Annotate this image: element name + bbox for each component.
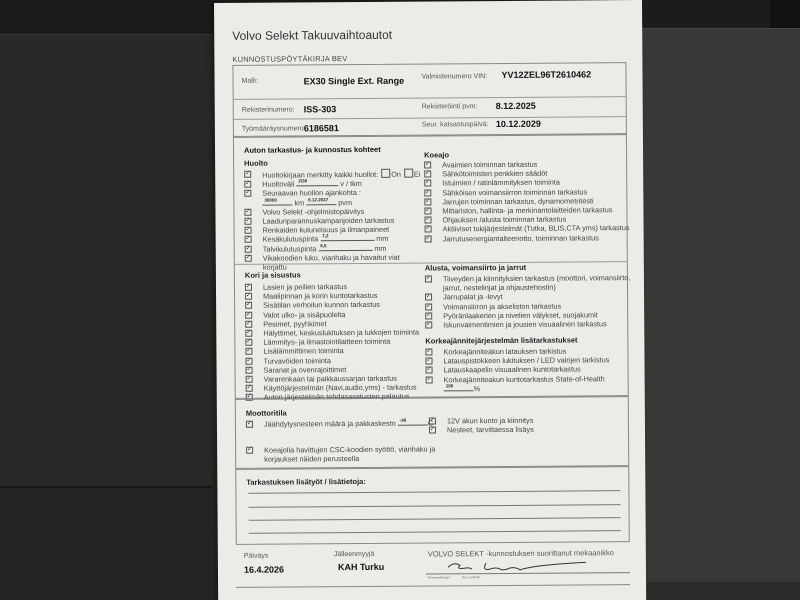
checkbox-checked[interactable]: ✓ [424,198,431,205]
checkbox-checked[interactable]: ✓ [424,171,431,178]
checkbox-checked[interactable]: ✓ [244,181,251,188]
checkbox-checked[interactable]: ✓ [425,226,432,233]
seat-background-left [0,34,212,487]
next-service-date-field[interactable]: 8.12.2027 [306,198,336,205]
checkbox-checked[interactable]: ✓ [424,189,431,196]
checkbox-checked[interactable]: ✓ [245,245,252,252]
notes-line[interactable] [249,504,621,508]
winter-tread-field[interactable]: 8,5 [318,244,372,251]
checkbox-checked[interactable]: ✓ [424,161,431,168]
checkbox-checked[interactable]: ✓ [425,312,432,319]
checkbox-checked[interactable]: ✓ [245,311,252,318]
work-order-value: 6186581 [304,123,339,133]
checkbox-checked[interactable]: ✓ [246,376,253,383]
checkbox-checked[interactable]: ✓ [425,358,432,365]
next-service-km-field[interactable]: 30000 [262,198,292,205]
interval-field[interactable]: 2/30 [296,179,338,186]
checkbox-checked[interactable]: ✓ [245,348,252,355]
checkbox-checked[interactable]: ✓ [425,294,432,301]
mechanic-name: Tero Lehtinen [462,575,480,579]
checkbox-checked[interactable]: ✓ [426,367,433,374]
koeajo-list: ✓Avaimien toiminnan tarkastus ✓Sähkötoim… [424,159,630,243]
seat-cushion-right [640,582,800,600]
alusta-title: Alusta, voimansiirto ja jarrut [425,263,526,273]
engine-bay-list-right: ✓12V akun kunto ja kiinnitys ✓Nesteet, t… [429,416,534,435]
checkbox-checked[interactable]: ✓ [424,217,431,224]
notes-line[interactable] [248,490,620,494]
list-item: ✓Tiiveyden ja kiinnityksien tarkastus (m… [425,273,643,293]
engine-bay-list-left: ✓Jäähdytysnesteen määrä ja pakkaskesto -… [246,418,433,429]
notes-line[interactable] [249,517,621,521]
signature-footer: Päiväys 16.4.2026 Jälleenmyyjä KAH Turku… [236,542,630,588]
date-label: Päiväys [244,553,269,560]
koeajo-title: Koeajo [424,150,449,159]
checkbox-checked[interactable]: ✓ [425,348,432,355]
notes-title: Tarkastuksen lisätyöt / lisätietoja: [246,477,366,487]
registration-value: ISS-303 [304,104,337,114]
huolto-list: ✓Huoltokirjaan merkitty kaikki huollot:O… [244,169,425,272]
checkbox-on[interactable] [381,169,390,178]
checkbox-checked[interactable]: ✓ [244,190,251,197]
checkbox-checked[interactable]: ✓ [244,171,251,178]
engine-bay-box: Moottoritila ✓Jäähdytysnesteen määrä ja … [235,396,629,469]
checkbox-checked[interactable]: ✓ [244,209,251,216]
seat-background-right [640,28,800,589]
alusta-list: ✓Tiiveyden ja kiinnityksien tarkastus (m… [425,273,643,330]
summer-tread-field[interactable]: 7,2 [320,234,374,241]
next-inspection-value: 10.12.2029 [496,119,541,129]
checkbox-ei[interactable] [404,169,413,178]
inspection-title: Auton tarkastus- ja kunnostus kohteet [244,145,381,155]
checkbox-checked[interactable]: ✓ [245,236,252,243]
checkbox-checked[interactable]: ✓ [245,339,252,346]
model-value: EX30 Single Ext. Range [304,76,405,87]
vin-value: YV12ZEL96T2610462 [501,69,591,80]
document-subtitle: KUNNOSTUSPÖYTÄKIRJA BEV [232,54,347,64]
list-item: ✓Iskunvaimentimien ja jousien visuaaline… [425,319,643,330]
registration-date-value: 8.12.2025 [496,101,536,111]
list-item: ✓Jarrutusenergiantalteenotto, toiminnan … [425,233,630,244]
checkbox-checked[interactable]: ✓ [246,421,253,428]
model-label: Malli: [242,78,258,85]
engine-bay-title: Moottoritila [246,409,287,418]
checkbox-checked[interactable]: ✓ [426,376,433,383]
registration-row: Rekisterinumero: ISS-303 Rekisteröinti p… [234,97,626,120]
checkbox-checked[interactable]: ✓ [425,235,432,242]
high-voltage-title: Korkeajännitejärjestelmän lisätarkastuks… [425,335,577,345]
notes-line[interactable] [249,530,621,534]
dealer-label: Jälleenmyyjä [334,551,375,558]
checkbox-checked[interactable]: ✓ [246,367,253,374]
checkbox-checked[interactable]: ✓ [429,417,436,424]
soh-row: 100% [426,383,610,393]
checkbox-checked[interactable]: ✓ [245,227,252,234]
huolto-title: Huolto [244,159,268,168]
dealer-value: KAH Turku [338,562,384,572]
checkbox-checked[interactable]: ✓ [425,275,432,282]
checkbox-checked[interactable]: ✓ [245,218,252,225]
checkbox-checked[interactable]: ✓ [245,357,252,364]
vehicle-info-box: Malli: EX30 Single Ext. Range Valmistenu… [232,62,626,137]
checkbox-checked[interactable]: ✓ [424,208,431,215]
checkbox-checked[interactable]: ✓ [245,302,252,309]
registration-date-label: Rekisteröinti pvm: [422,103,478,110]
checkbox-checked[interactable]: ✓ [245,321,252,328]
checkbox-checked[interactable]: ✓ [246,385,253,392]
checkbox-checked[interactable]: ✓ [429,427,436,434]
registration-label: Rekisterinumero: [242,106,295,113]
high-voltage-list: ✓Korkeajänniteakun latauksen tarkistus ✓… [425,346,609,393]
vin-label: Valmistenumero VIN: [421,73,487,80]
soh-field[interactable]: 100 [444,384,474,391]
list-item: ✓Koeajolla havittujen CSC-koodien syöttö… [246,444,439,464]
kori-title: Kori ja sisustus [245,270,301,279]
coolant-item: ✓Jäähdytysnesteen määrä ja pakkaskesto -… [246,418,433,429]
inspection-document: Volvo Selekt Takuuvaihtoautot KUNNOSTUSP… [214,0,646,600]
seat-cushion-left [0,486,212,600]
mechanic-label: VOLVO SELEKT -kunnostuksen suorittanut m… [428,548,614,558]
next-inspection-label: Seur. katsastuspäivä: [422,121,489,128]
list-item: ✓Nesteet, tarvittaessa lisäys [429,425,534,435]
checkbox-checked[interactable]: ✓ [245,330,252,337]
signature-caption: Nimenselvennys [428,575,450,579]
notes-box: Tarkastuksen lisätyöt / lisätietoja: [235,466,630,545]
coolant-field[interactable]: -36 [398,419,428,426]
checkbox-checked[interactable]: ✓ [424,180,431,187]
checkbox-checked[interactable]: ✓ [246,447,253,454]
checkbox-checked[interactable]: ✓ [425,321,432,328]
kori-list: ✓Lasien ja peilien tarkastus ✓Maalipinna… [245,282,420,403]
work-order-label: Työmääräysnumero: [242,125,306,132]
checkbox-checked[interactable]: ✓ [245,255,252,262]
checkbox-checked[interactable]: ✓ [425,303,432,310]
date-value: 16.4.2026 [244,565,284,575]
checkbox-checked[interactable]: ✓ [245,293,252,300]
model-row: Malli: EX30 Single Ext. Range Valmistenu… [233,63,625,100]
checkbox-checked[interactable]: ✓ [245,284,252,291]
engine-bay-list-csc: ✓Koeajolla havittujen CSC-koodien syöttö… [246,444,439,464]
document-title: Volvo Selekt Takuuvaihtoautot [232,28,392,43]
inspection-items-box: Auton tarkastus- ja kunnostus kohteet Hu… [233,134,629,399]
